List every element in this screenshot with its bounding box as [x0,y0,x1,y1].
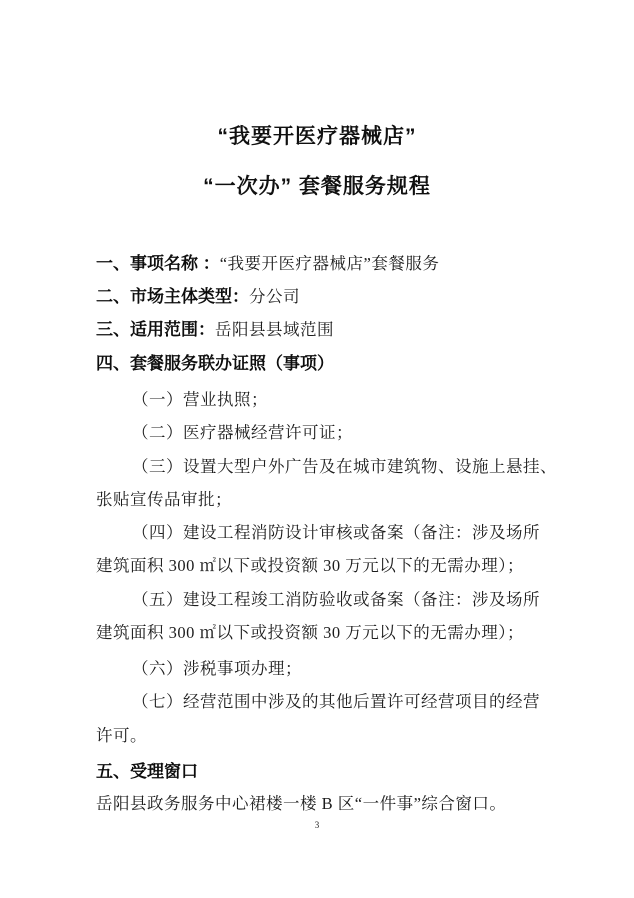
page-number: 3 [0,821,634,830]
item-2-value: 分公司 [249,287,300,306]
body-line-2: （二）医疗器械经营许可证； [132,425,353,442]
body-line-4: 张贴宣传品审批； [96,492,232,509]
item-2-label: 二、市场主体类型： [96,287,249,306]
document-title-line2: “一次办” 套餐服务规程 [0,176,634,197]
body-line-9: （六）涉税事项办理； [132,661,302,678]
body-line-1: （一）营业执照； [132,392,268,409]
body-line-11: 许可。 [96,728,147,745]
reception-window-line: 岳阳县政务服务中心裙楼一楼 B 区“一件事”综合窗口。 [96,796,506,813]
document-title-line1: “我要开医疗器械店” [0,126,634,147]
body-line-10: （七）经营范围中涉及的其他后置许可经营项目的经营 [132,694,540,711]
body-line-5: （四）建设工程消防设计审核或备案（备注：涉及场所 [132,525,540,542]
item-4-label: 四、套餐服务联办证照（事项） [96,354,334,373]
item-1: 一、事项名称 ：“我要开医疗器械店”套餐服务 [96,255,439,273]
item-3-label: 三、适用范围： [96,320,215,339]
item-3: 三、适用范围：岳阳县县域范围 [96,321,334,339]
body-line-8: 建筑面积 300 ㎡以下或投资额 30 万元以下的无需办理）； [96,625,524,642]
section-5-heading: 五、受理窗口 [96,763,198,780]
item-1-value: “我要开医疗器械店”套餐服务 [220,254,440,273]
body-line-7: （五）建设工程竣工消防验收或备案（备注：涉及场所 [132,592,540,609]
item-4: 四、套餐服务联办证照（事项） [96,355,334,373]
body-line-6: 建筑面积 300 ㎡以下或投资额 30 万元以下的无需办理）； [96,558,524,575]
item-1-label: 一、事项名称 ： [96,254,220,273]
item-2: 二、市场主体类型：分公司 [96,288,300,306]
body-line-3: （三）设置大型户外广告及在城市建筑物、设施上悬挂、 [132,459,557,476]
item-3-value: 岳阳县县域范围 [215,320,334,339]
document-page: “我要开医疗器械店” “一次办” 套餐服务规程 一、事项名称 ：“我要开医疗器械… [0,0,634,898]
